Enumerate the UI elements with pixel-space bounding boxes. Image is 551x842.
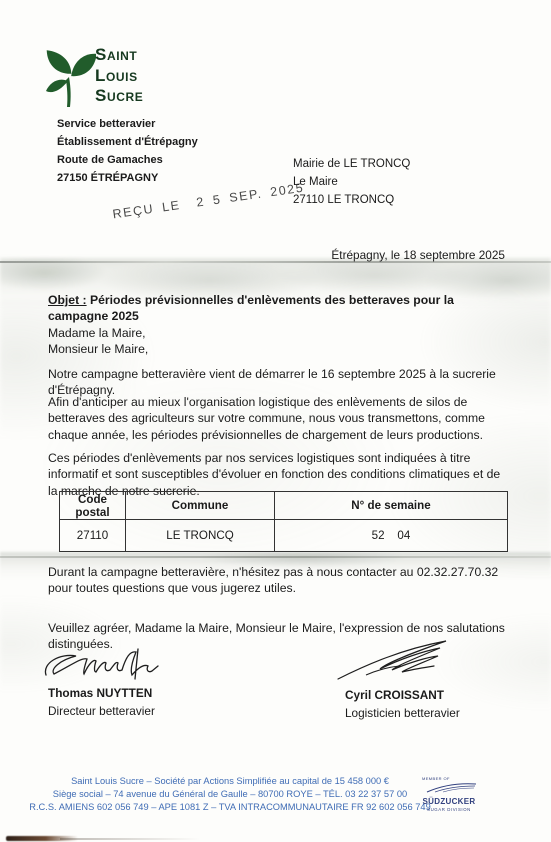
pickup-schedule-table: Code postal Commune N° de semaine 27110 … xyxy=(59,491,508,552)
footer-line: Saint Louis Sucre – Société par Actions … xyxy=(20,775,440,788)
header-code-postal: Code postal xyxy=(60,492,126,520)
recipient-address: Mairie de LE TRONCQ Le Maire 27110 LE TR… xyxy=(293,155,410,209)
cell-commune: LE TRONCQ xyxy=(126,520,275,552)
subject-line: Objet : Périodes prévisionnelles d'enlèv… xyxy=(48,292,512,325)
sender-line: Service betteravier xyxy=(57,115,198,133)
salutation-line: Madame la Maire, xyxy=(48,325,512,341)
footer-line: R.C.S. AMIENS 602 056 749 – APE 1081 Z –… xyxy=(20,801,440,814)
sudzucker-division: SUGAR DIVISION xyxy=(418,808,480,812)
scanned-letter-page: Saint Louis Sucre Service betteravier Ét… xyxy=(0,0,551,842)
brand-line: Saint xyxy=(95,45,143,66)
sender-line: 27150 ÉTRÉPAGNY xyxy=(57,169,198,187)
sudzucker-swoosh-icon xyxy=(421,783,477,793)
subject-label: Objet : xyxy=(48,293,87,307)
signer-title-left: Directeur betteravier xyxy=(48,704,155,718)
sudzucker-name: SÜDZUCKER xyxy=(418,798,480,806)
saint-louis-sucre-leaf-icon xyxy=(46,44,96,108)
brand-line: Louis xyxy=(95,66,143,87)
recipient-line: Mairie de LE TRONCQ xyxy=(293,155,410,173)
sender-address: Service betteravier Établissement d'Étré… xyxy=(57,115,198,187)
signer-name-right: Cyril CROISSANT xyxy=(345,688,444,702)
header-semaine: N° de semaine xyxy=(275,492,508,520)
received-stamp: REÇU LE 2 5 SEP. 2025 xyxy=(112,187,262,222)
table-header-row: Code postal Commune N° de semaine xyxy=(60,492,508,520)
header-commune: Commune xyxy=(126,492,275,520)
signer-name-left: Thomas NUYTTEN xyxy=(48,686,152,700)
sudzucker-member-of: MEMBER OF xyxy=(418,777,480,781)
sender-line: Route de Gamaches xyxy=(57,151,198,169)
signature-thomas-nuytten xyxy=(42,645,174,689)
table-row: 27110 LE TRONCQ 52 04 xyxy=(60,520,508,552)
recipient-line: 27110 LE TRONCQ xyxy=(293,191,410,209)
sudzucker-logo: MEMBER OF SÜDZUCKER SUGAR DIVISION xyxy=(418,777,480,812)
scan-corner-artifact-shadow xyxy=(60,838,200,840)
sender-line: Établissement d'Étrépagny xyxy=(57,133,198,151)
paragraph-contact: Durant la campagne betteravière, n'hésit… xyxy=(48,564,512,597)
subject-text: Périodes prévisionnelles d'enlèvements d… xyxy=(48,293,454,323)
brand-line: Sucre xyxy=(95,86,143,107)
salutation-line: Monsieur le Maire, xyxy=(48,341,512,357)
signer-title-right: Logisticien betteravier xyxy=(345,706,460,720)
company-footer: Saint Louis Sucre – Société par Actions … xyxy=(20,775,440,814)
paragraph-logistics: Afin d'anticiper au mieux l'organisation… xyxy=(48,394,512,443)
scan-crease-mid xyxy=(0,556,551,558)
dateline: Étrépagny, le 18 septembre 2025 xyxy=(331,248,505,262)
salutation: Madame la Maire, Monsieur le Maire, xyxy=(48,325,512,358)
signature-cyril-croissant xyxy=(336,639,448,685)
cell-code-postal: 27110 xyxy=(60,520,126,552)
brand-wordmark: Saint Louis Sucre xyxy=(95,45,143,107)
recipient-line: Le Maire xyxy=(293,173,410,191)
footer-line: Siège social – 74 avenue du Général de G… xyxy=(20,788,440,801)
cell-semaines: 52 04 xyxy=(275,520,508,552)
